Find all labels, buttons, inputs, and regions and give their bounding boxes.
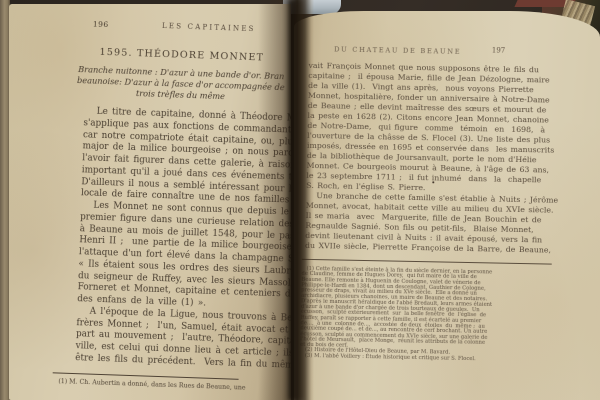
left-body-text: Le titre de capitaine, donné à Théodore …: [75, 106, 291, 373]
section-heading: 1595. THÉODORE MONNET: [66, 46, 291, 65]
blazon-epigraph: Branche nuitonne : D'azur à une bande d'…: [64, 64, 291, 105]
right-page-content: DU CHATEAU DE BEAUNE 197 vait François M…: [294, 0, 600, 400]
left-footnotes: (1) M. Ch. Aubertin a donné, dans les Ru…: [52, 377, 291, 393]
right-footnote-rule: [302, 259, 552, 265]
left-page-number: 196: [93, 20, 109, 30]
right-page: DU CHATEAU DE BEAUNE 197 vait François M…: [294, 0, 600, 400]
left-page: 196 LES CAPITAINES 1595. THÉODORE MONNET…: [9, 4, 291, 400]
right-running-header: DU CHATEAU DE BEAUNE: [312, 45, 484, 56]
ink-speck: [432, 181, 434, 183]
right-body-text: vait François Monnet que nous supposons …: [305, 61, 545, 255]
right-page-number: 197: [492, 46, 506, 54]
left-page-content: 196 LES CAPITAINES 1595. THÉODORE MONNET…: [9, 4, 291, 400]
left-running-header: LES CAPITAINES: [127, 21, 291, 35]
right-footnotes: (1) Cette famille s'est éteinte à la fin…: [300, 266, 552, 363]
text-line: (1) M. Ch. Aubertin a donné, dans les Ru…: [52, 377, 291, 393]
